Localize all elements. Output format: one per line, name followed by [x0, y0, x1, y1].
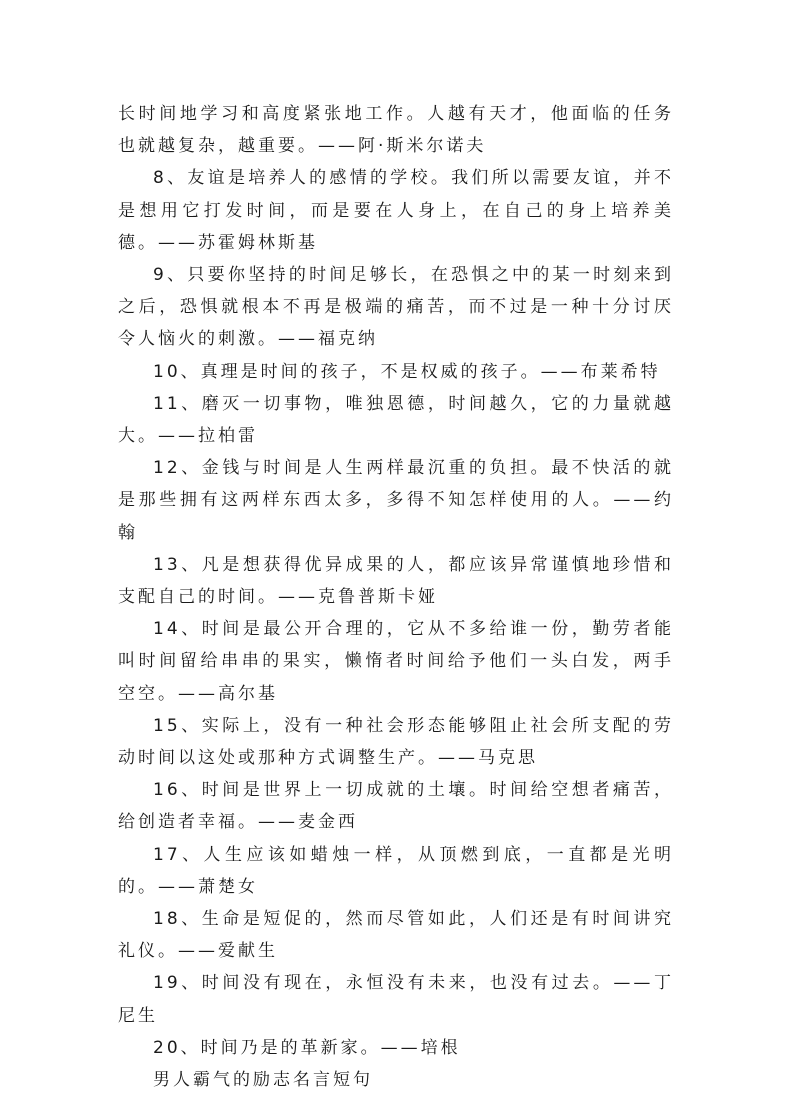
quote-15: 15、实际上，没有一种社会形态能够阻止社会所支配的劳动时间以这处或那种方式调整生… [118, 710, 674, 774]
quote-9: 9、只要你坚持的时间足够长，在恐惧之中的某一时刻来到之后，恐惧就根本不再是极端的… [118, 259, 674, 356]
quote-16: 16、时间是世界上一切成就的土壤。时间给空想者痛苦，给创造者幸福。——麦金西 [118, 774, 674, 838]
quote-11: 11、磨灭一切事物，唯独恩德，时间越久，它的力量就越大。——拉柏雷 [118, 388, 674, 452]
paragraph-continuation: 长时间地学习和高度紧张地工作。人越有天才，他面临的任务也就越复杂，越重要。——阿… [118, 98, 674, 162]
quote-13: 13、凡是想获得优异成果的人，都应该异常谨慎地珍惜和支配自己的时间。——克鲁普斯… [118, 549, 674, 613]
document-page: 长时间地学习和高度紧张地工作。人越有天才，他面临的任务也就越复杂，越重要。——阿… [118, 98, 674, 1096]
section-heading: 男人霸气的励志名言短句 [118, 1064, 674, 1096]
quote-10: 10、真理是时间的孩子，不是权威的孩子。——布莱希特 [118, 356, 674, 388]
quote-18: 18、生命是短促的，然而尽管如此，人们还是有时间讲究礼仪。——爱献生 [118, 903, 674, 967]
quote-14: 14、时间是最公开合理的，它从不多给谁一份，勤劳者能叫时间留给串串的果实，懒惰者… [118, 613, 674, 710]
quote-12: 12、金钱与时间是人生两样最沉重的负担。最不快活的就是那些拥有这两样东西太多，多… [118, 452, 674, 549]
quote-17: 17、人生应该如蜡烛一样，从顶燃到底，一直都是光明的。——萧楚女 [118, 839, 674, 903]
quote-20: 20、时间乃是的革新家。——培根 [118, 1032, 674, 1064]
quote-19: 19、时间没有现在，永恒没有未来，也没有过去。——丁尼生 [118, 967, 674, 1031]
quote-8: 8、友谊是培养人的感情的学校。我们所以需要友谊，并不是想用它打发时间，而是要在人… [118, 162, 674, 259]
